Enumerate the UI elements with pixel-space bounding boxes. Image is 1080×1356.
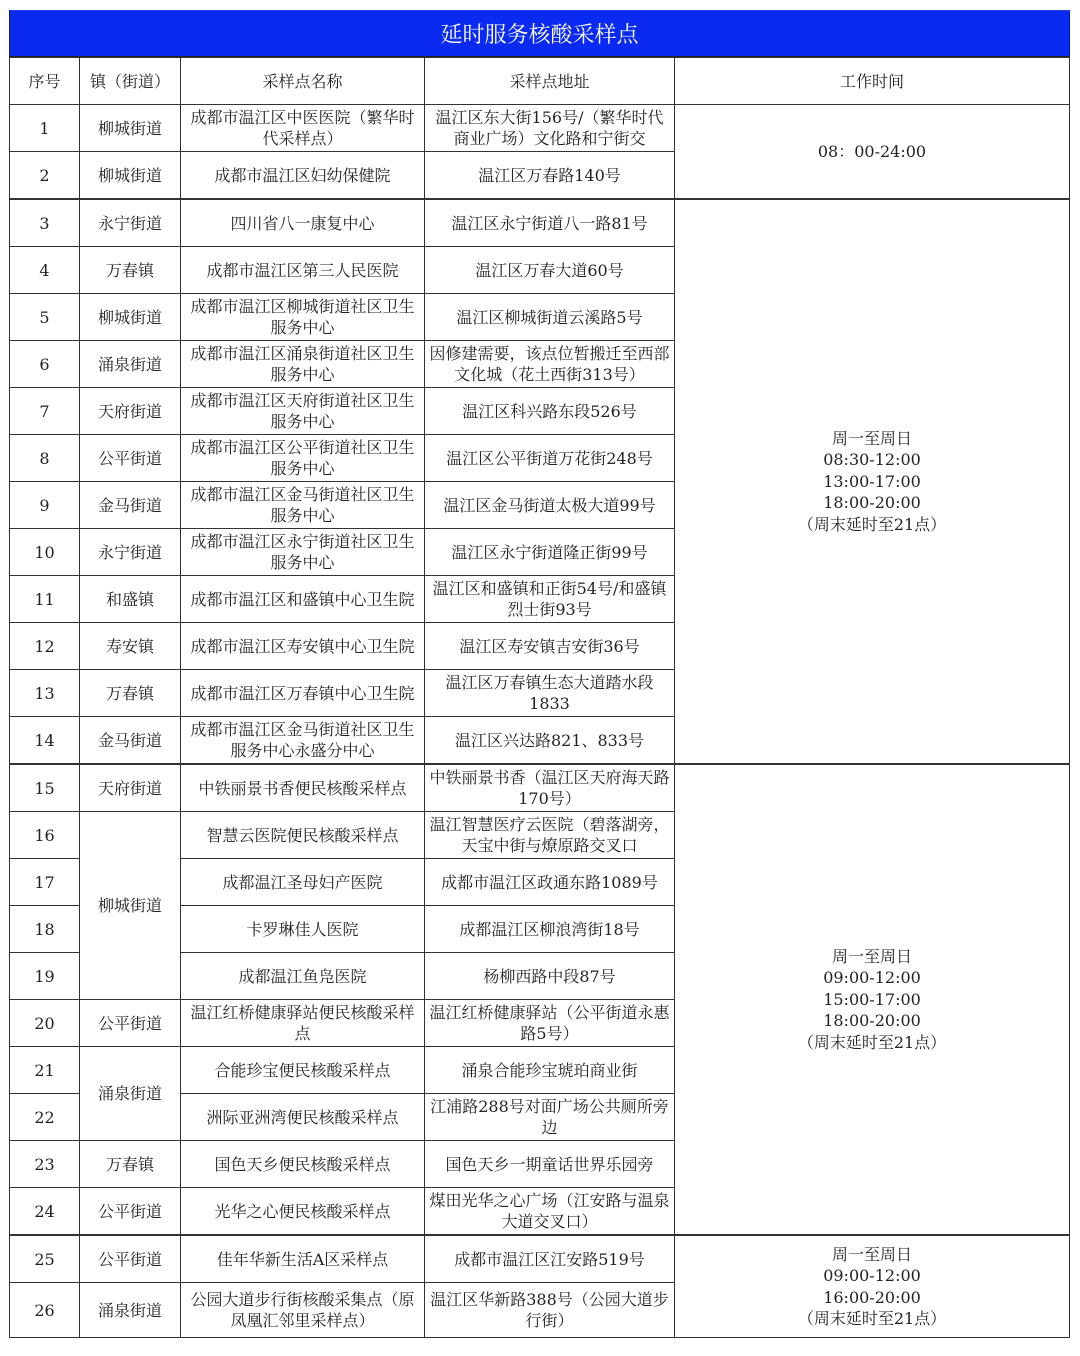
cell-address: 温江区万春镇生态大道踏水段1833	[425, 670, 675, 717]
cell-name: 成都市温江区涌泉街道社区卫生服务中心	[181, 341, 425, 388]
cell-no: 1	[10, 105, 80, 152]
cell-address: 中铁丽景书香（温江区天府海天路170号）	[425, 764, 675, 812]
cell-hours-group-2: 周一至周日 08:30-12:00 13:00-17:00 18:00-20:0…	[675, 199, 1070, 764]
cell-no: 18	[10, 906, 80, 953]
header-row: 序号 镇（街道） 采样点名称 采样点地址 工作时间	[10, 58, 1070, 105]
cell-hours-group-3: 周一至周日 09:00-12:00 15:00-17:00 18:00-20:0…	[675, 764, 1070, 1235]
cell-town: 公平街道	[80, 435, 181, 482]
cell-address: 温江区东大街156号/（繁华时代商业广场）文化路和宁街交	[425, 105, 675, 152]
cell-address: 温江区华新路388号（公园大道步行街）	[425, 1283, 675, 1338]
table-row: 3 永宁街道 四川省八一康复中心 温江区永宁街道八一路81号 周一至周日 08:…	[10, 199, 1070, 247]
cell-town: 万春镇	[80, 1141, 181, 1188]
cell-name: 智慧云医院便民核酸采样点	[181, 812, 425, 859]
cell-town: 涌泉街道	[80, 1283, 181, 1338]
cell-town: 柳城街道	[80, 105, 181, 152]
cell-address: 成都市温江区江安路519号	[425, 1235, 675, 1283]
cell-town: 柳城街道	[80, 152, 181, 200]
cell-name: 成都市温江区天府街道社区卫生服务中心	[181, 388, 425, 435]
cell-address: 成都温江区柳浪湾街18号	[425, 906, 675, 953]
cell-no: 4	[10, 247, 80, 294]
hours-line: 周一至周日	[678, 946, 1066, 968]
cell-no: 24	[10, 1188, 80, 1236]
cell-address: 温江区和盛镇和正街54号/和盛镇烈士街93号	[425, 576, 675, 623]
cell-no: 2	[10, 152, 80, 200]
sampling-sites-sheet: 延时服务核酸采样点 序号 镇（街道） 采样点名称 采样点地址 工作时间 1 柳城…	[9, 10, 1070, 1338]
cell-town: 公平街道	[80, 1188, 181, 1236]
cell-address: 温江区兴达路821、833号	[425, 717, 675, 765]
cell-address: 因修建需要，该点位暂搬迁至西部文化城（花土西街313号）	[425, 341, 675, 388]
cell-name: 成都市温江区第三人民医院	[181, 247, 425, 294]
cell-name: 温江红桥健康驿站便民核酸采样点	[181, 1000, 425, 1047]
cell-town: 公平街道	[80, 1235, 181, 1283]
cell-no: 14	[10, 717, 80, 765]
cell-address: 温江智慧医疗云医院（碧落湖旁，天宝中街与燎原路交叉口	[425, 812, 675, 859]
cell-town: 和盛镇	[80, 576, 181, 623]
cell-no: 25	[10, 1235, 80, 1283]
cell-name: 成都市温江区妇幼保健院	[181, 152, 425, 200]
cell-name: 佳年华新生活A区采样点	[181, 1235, 425, 1283]
cell-address: 温江区万春大道60号	[425, 247, 675, 294]
cell-town: 万春镇	[80, 670, 181, 717]
cell-address: 涌泉合能珍宝琥珀商业街	[425, 1047, 675, 1094]
cell-town: 万春镇	[80, 247, 181, 294]
cell-address: 温江区金马街道太极大道99号	[425, 482, 675, 529]
col-header-hours: 工作时间	[675, 58, 1070, 105]
cell-town: 永宁街道	[80, 199, 181, 247]
cell-name: 成都市温江区万春镇中心卫生院	[181, 670, 425, 717]
cell-no: 21	[10, 1047, 80, 1094]
cell-no: 10	[10, 529, 80, 576]
cell-hours-group-1: 08：00-24:00	[675, 105, 1070, 200]
hours-line: （周末延时至21点）	[678, 514, 1066, 536]
cell-name: 成都市温江区寿安镇中心卫生院	[181, 623, 425, 670]
cell-name: 国色天乡便民核酸采样点	[181, 1141, 425, 1188]
cell-no: 3	[10, 199, 80, 247]
cell-no: 26	[10, 1283, 80, 1338]
cell-no: 19	[10, 953, 80, 1000]
cell-name: 成都市温江区柳城街道社区卫生服务中心	[181, 294, 425, 341]
cell-address: 温江区寿安镇吉安街36号	[425, 623, 675, 670]
cell-address: 煤田光华之心广场（江安路与温泉大道交叉口）	[425, 1188, 675, 1236]
hours-line: 15:00-17:00	[678, 989, 1066, 1011]
cell-no: 8	[10, 435, 80, 482]
cell-address: 杨柳西路中段87号	[425, 953, 675, 1000]
cell-no: 16	[10, 812, 80, 859]
hours-line: 周一至周日	[678, 428, 1066, 450]
cell-name: 四川省八一康复中心	[181, 199, 425, 247]
cell-town: 寿安镇	[80, 623, 181, 670]
cell-no: 5	[10, 294, 80, 341]
table-row: 15 天府街道 中铁丽景书香便民核酸采样点 中铁丽景书香（温江区天府海天路170…	[10, 764, 1070, 812]
hours-line: 13:00-17:00	[678, 471, 1066, 493]
hours-line: （周末延时至21点）	[678, 1308, 1066, 1330]
hours-line: 18:00-20:00	[678, 1010, 1066, 1032]
cell-town: 涌泉街道	[80, 341, 181, 388]
table-title: 延时服务核酸采样点	[9, 10, 1070, 57]
cell-name: 成都市温江区中医医院（繁华时代采样点）	[181, 105, 425, 152]
cell-town: 金马街道	[80, 482, 181, 529]
cell-town: 柳城街道	[80, 294, 181, 341]
table-row: 1 柳城街道 成都市温江区中医医院（繁华时代采样点） 温江区东大街156号/（繁…	[10, 105, 1070, 152]
cell-town-merged: 涌泉街道	[80, 1047, 181, 1141]
cell-no: 9	[10, 482, 80, 529]
cell-no: 23	[10, 1141, 80, 1188]
cell-no: 13	[10, 670, 80, 717]
cell-town-merged: 柳城街道	[80, 812, 181, 1000]
cell-name: 成都温江圣母妇产医院	[181, 859, 425, 906]
cell-no: 7	[10, 388, 80, 435]
cell-no: 11	[10, 576, 80, 623]
cell-hours-group-4: 周一至周日 09:00-12:00 16:00-20:00 （周末延时至21点）	[675, 1235, 1070, 1338]
cell-no: 17	[10, 859, 80, 906]
hours-line: 16:00-20:00	[678, 1287, 1066, 1309]
hours-line: 09:00-12:00	[678, 1265, 1066, 1287]
cell-name: 中铁丽景书香便民核酸采样点	[181, 764, 425, 812]
cell-name: 成都市温江区和盛镇中心卫生院	[181, 576, 425, 623]
cell-address: 温江区永宁街道八一路81号	[425, 199, 675, 247]
cell-no: 15	[10, 764, 80, 812]
cell-address: 成都市温江区政通东路1089号	[425, 859, 675, 906]
table-row: 25 公平街道 佳年华新生活A区采样点 成都市温江区江安路519号 周一至周日 …	[10, 1235, 1070, 1283]
col-header-address: 采样点地址	[425, 58, 675, 105]
cell-no: 20	[10, 1000, 80, 1047]
hours-line: 09:00-12:00	[678, 967, 1066, 989]
hours-line: 08：00-24:00	[678, 141, 1066, 163]
cell-address: 温江区公平街道万花街248号	[425, 435, 675, 482]
cell-address: 温江区柳城街道云溪路5号	[425, 294, 675, 341]
cell-name: 成都市温江区永宁街道社区卫生服务中心	[181, 529, 425, 576]
cell-no: 12	[10, 623, 80, 670]
cell-name: 成都市温江区公平街道社区卫生服务中心	[181, 435, 425, 482]
cell-town: 天府街道	[80, 764, 181, 812]
cell-name: 公园大道步行街核酸采集点（原凤凰汇邻里采样点）	[181, 1283, 425, 1338]
cell-name: 洲际亚洲湾便民核酸采样点	[181, 1094, 425, 1141]
cell-name: 成都市温江区金马街道社区卫生服务中心永盛分中心	[181, 717, 425, 765]
cell-name: 卡罗琳佳人医院	[181, 906, 425, 953]
cell-address: 温江区科兴路东段526号	[425, 388, 675, 435]
cell-name: 合能珍宝便民核酸采样点	[181, 1047, 425, 1094]
hours-line: 18:00-20:00	[678, 492, 1066, 514]
cell-address: 温江区永宁街道隆正街99号	[425, 529, 675, 576]
col-header-town: 镇（街道）	[80, 58, 181, 105]
cell-address: 江浦路288号对面广场公共厕所旁边	[425, 1094, 675, 1141]
hours-line: 周一至周日	[678, 1244, 1066, 1266]
cell-town: 金马街道	[80, 717, 181, 765]
col-header-no: 序号	[10, 58, 80, 105]
cell-town: 公平街道	[80, 1000, 181, 1047]
hours-line: （周末延时至21点）	[678, 1032, 1066, 1054]
cell-address: 温江区万春路140号	[425, 152, 675, 200]
cell-name: 光华之心便民核酸采样点	[181, 1188, 425, 1236]
cell-address: 温江红桥健康驿站（公平街道永惠路5号）	[425, 1000, 675, 1047]
cell-no: 22	[10, 1094, 80, 1141]
cell-name: 成都温江鱼凫医院	[181, 953, 425, 1000]
cell-town: 永宁街道	[80, 529, 181, 576]
cell-name: 成都市温江区金马街道社区卫生服务中心	[181, 482, 425, 529]
col-header-name: 采样点名称	[181, 58, 425, 105]
cell-town: 天府街道	[80, 388, 181, 435]
cell-address: 国色天乡一期童话世界乐园旁	[425, 1141, 675, 1188]
cell-no: 6	[10, 341, 80, 388]
sampling-sites-table: 序号 镇（街道） 采样点名称 采样点地址 工作时间 1 柳城街道 成都市温江区中…	[9, 57, 1070, 1338]
hours-line: 08:30-12:00	[678, 449, 1066, 471]
